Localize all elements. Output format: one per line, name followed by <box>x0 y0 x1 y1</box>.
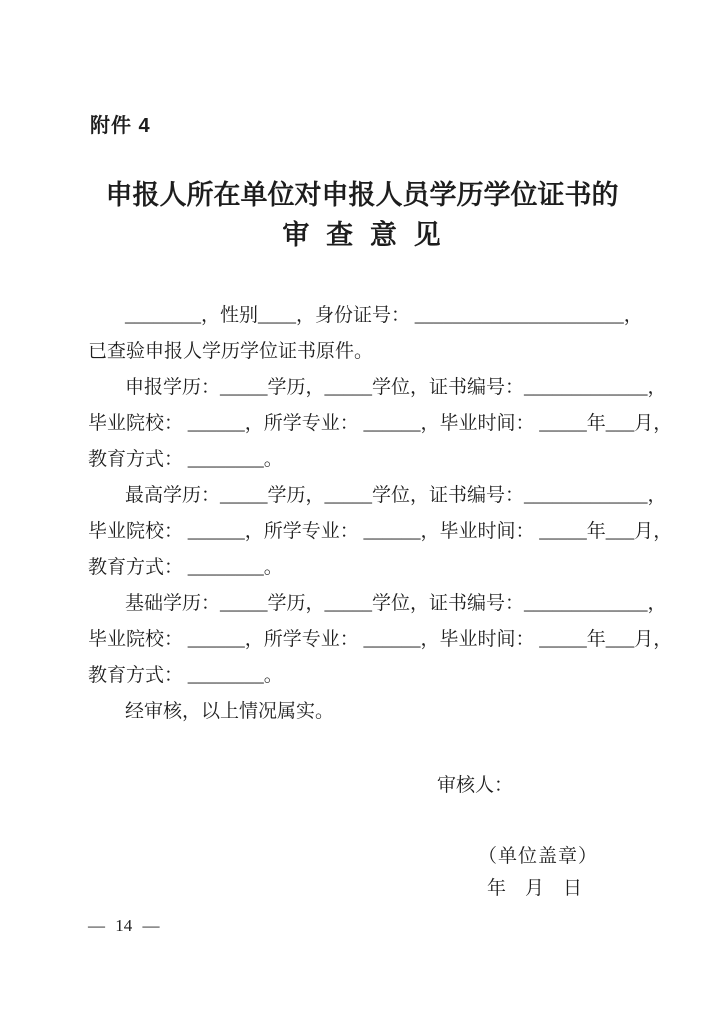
declared-degree-line: 申报学历：_____学历，_____学位，证书编号：_____________， <box>88 370 638 406</box>
page-number: — 14 — <box>88 915 160 937</box>
unit-seal-note: （单位盖章） <box>478 845 598 869</box>
conclusion-line: 经审核，以上情况属实。 <box>88 694 638 730</box>
form-body: ________，性别____，身份证号： __________________… <box>88 298 638 730</box>
attachment-label: 附件 4 <box>90 114 151 138</box>
declared-school-line: 毕业院校： ______，所学专业： ______，毕业时间： _____年__… <box>88 406 638 442</box>
basic-degree-line: 基础学历：_____学历，_____学位，证书编号：_____________， <box>88 586 638 622</box>
highest-education-line: 教育方式： ________。 <box>88 550 638 586</box>
highest-degree-line: 最高学历：_____学历，_____学位，证书编号：_____________， <box>88 478 638 514</box>
reviewer-label: 审核人： <box>437 774 513 798</box>
title-line-2: 审 查 意 见 <box>0 215 724 255</box>
intro-identity-line: ________，性别____，身份证号： __________________… <box>88 298 638 334</box>
title-line-1: 申报人所在单位对申报人员学历学位证书的 <box>0 175 724 215</box>
basic-school-line: 毕业院校： ______，所学专业： ______，毕业时间： _____年__… <box>88 622 638 658</box>
document-title: 申报人所在单位对申报人员学历学位证书的 审 查 意 见 <box>0 175 724 255</box>
date-line: 年 月 日 <box>487 877 582 901</box>
document-page: 附件 4 申报人所在单位对申报人员学历学位证书的 审 查 意 见 _______… <box>0 0 724 1024</box>
intro-verified-line: 已查验申报人学历学位证书原件。 <box>88 334 638 370</box>
declared-education-line: 教育方式： ________。 <box>88 442 638 478</box>
highest-school-line: 毕业院校： ______，所学专业： ______，毕业时间： _____年__… <box>88 514 638 550</box>
basic-education-line: 教育方式： ________。 <box>88 658 638 694</box>
